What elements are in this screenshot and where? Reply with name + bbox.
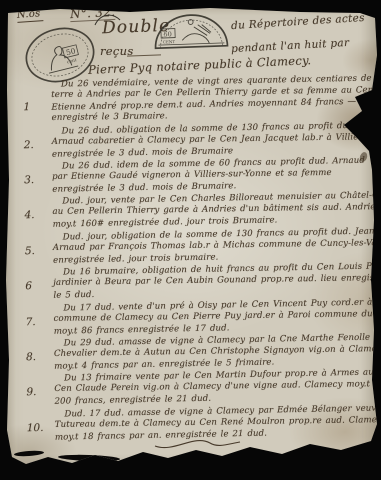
repertoire-entry: 1 Du 26 vendémiaire, vente de vingt ares… — [13, 74, 372, 126]
entry-number: 10. — [17, 422, 55, 445]
title-line2-right: pendant l'an huit par — [231, 37, 350, 55]
entry-lines: Du 26 dud. obligation de la somme de 130… — [51, 120, 381, 160]
entry-number: 5. — [15, 245, 53, 268]
entry-lines: Du 29 dud. amasse de vigne à Clamecy par… — [54, 332, 381, 373]
entry-lines: Dud. jour, obligation de la somme de 130… — [53, 226, 381, 266]
repertoire-entry: 8. Du 29 dud. amasse de vigne à Clamecy … — [16, 333, 375, 374]
tear-shadow — [14, 450, 44, 457]
scanned-document: N.os N°. 32. Double du Répertoire des ac… — [0, 0, 381, 480]
repertoire-entry: 3. Du 26 dud. idem de la somme de 60 fra… — [14, 156, 373, 197]
entry-number: 1 — [13, 101, 51, 126]
revenue-stamp-halfround-icon: 50 CENT — [151, 12, 230, 53]
entry-number: 8. — [16, 351, 54, 374]
folio-label: N.os — [17, 8, 44, 23]
repertoire-entry: 5. Dud. jour, obligation de la somme de … — [15, 226, 374, 267]
closing-flourish-icon — [152, 436, 244, 452]
entry-number: 9. — [16, 386, 54, 409]
repertoire-entry: 4. Dud. jour, vente par le Cen Charles B… — [14, 191, 373, 232]
repertoire-entry: 7. Du 17 dud. vente d'un pré à Oisy par … — [15, 297, 374, 338]
entry-lines: Du 26 dud. idem de la somme de 60 francs… — [52, 156, 373, 196]
stamp-unit: CENT — [163, 39, 176, 44]
entry-number: 6 — [15, 280, 53, 303]
entry-lines: Du 13 frimaire vente par le Cen Martin D… — [54, 368, 375, 408]
tear-shadow — [58, 454, 120, 462]
repertoire-entry: 9. Du 13 frimaire vente par le Cen Marti… — [16, 368, 375, 409]
stamp-value: 50 — [163, 30, 172, 38]
repertoire-entry: 2. Du 26 dud. obligation de la somme de … — [13, 120, 372, 161]
entries-list: 1 Du 26 vendémiaire, vente de vingt ares… — [13, 75, 375, 444]
entry-lines: Dud. jour, vente par le Cen Charles Bill… — [52, 190, 381, 231]
entry-number: 2. — [14, 138, 52, 161]
entry-number: 7. — [16, 315, 54, 338]
entry-number: 3. — [14, 174, 52, 197]
entry-lines: Du 17 dud. vente d'un pré à Oisy par le … — [53, 297, 381, 338]
repertoire-entry: 6 Du 16 brumaire, obligation de huit fra… — [15, 262, 374, 303]
entry-number: 4. — [14, 209, 52, 232]
paper-sheet: N.os N°. 32. Double du Répertoire des ac… — [0, 0, 381, 480]
entry-lines: Du 26 vendémiaire, vente de vingt ares q… — [51, 74, 374, 125]
pen-dash — [127, 54, 161, 56]
title-line1-right: du Répertoire des actes — [231, 12, 365, 32]
entry-lines: Du 16 brumaire, obligation de huit franc… — [53, 261, 381, 302]
